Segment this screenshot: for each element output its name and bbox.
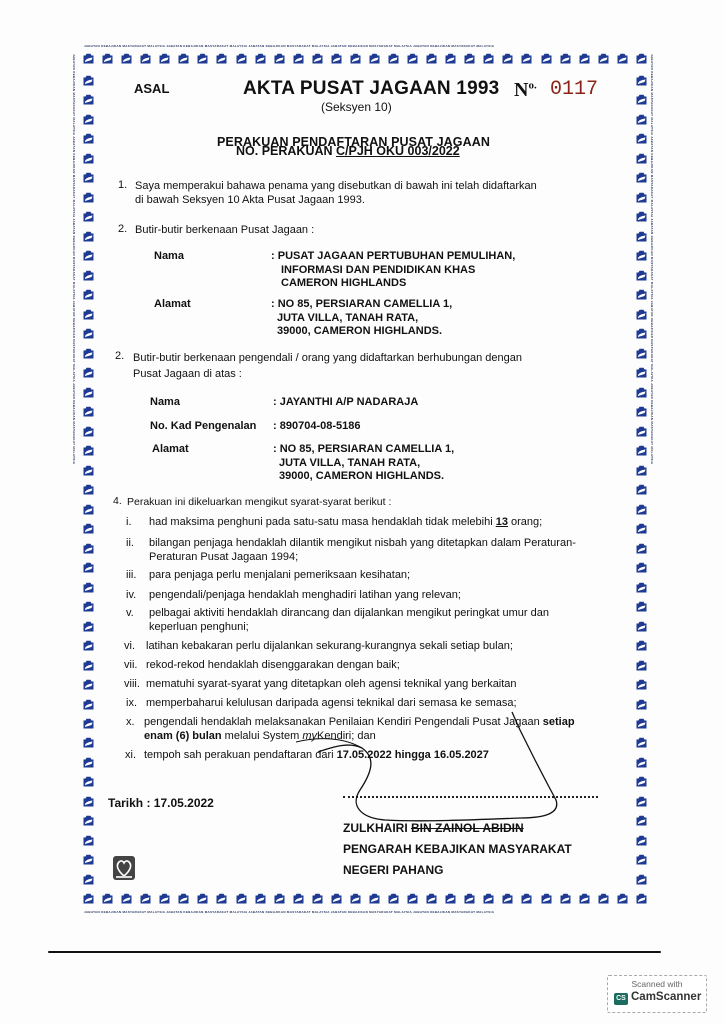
jkm-emblem-icon (444, 52, 457, 65)
condition-item: pengendali hendaklah melaksanakan Penila… (144, 716, 575, 743)
jkm-emblem-icon (635, 249, 648, 262)
act-title: AKTA PUSAT JAGAAN 1993 (243, 78, 499, 100)
jkm-emblem-icon (635, 659, 648, 672)
jkm-emblem-icon (82, 191, 95, 204)
jkm-emblem-icon (635, 814, 648, 827)
section-1-text: Saya memperakui bahawa penama yang diseb… (135, 179, 537, 207)
condition-number: vii. (124, 659, 137, 671)
centre-address-label: Alamat (154, 298, 191, 310)
jkm-emblem-icon (120, 892, 133, 905)
condition-item: pengendali/penjaga hendaklah menghadiri … (149, 589, 461, 603)
condition-number: viii. (124, 678, 140, 690)
section-3-heading-line: Pusat Jagaan di atas : (133, 366, 522, 382)
certificate-number-value: C/PJH OKU 003/2022 (336, 144, 460, 158)
jkm-emblem-icon (635, 464, 648, 477)
jkm-emblem-icon (82, 873, 95, 886)
watermark-caption: Scanned with (608, 979, 706, 989)
jkm-emblem-icon (406, 52, 419, 65)
jkm-emblem-icon (82, 132, 95, 145)
jkm-emblem-icon (82, 483, 95, 496)
jkm-emblem-icon (82, 659, 95, 672)
centre-address-line: NO 85, PERSIARAN CAMELLIA 1, (278, 298, 452, 310)
jkm-emblem-icon (635, 542, 648, 555)
jkm-emblem-icon (82, 814, 95, 827)
jkm-emblem-icon (235, 52, 248, 65)
centre-name-value: : PUSAT JAGAAN PERTUBUHAN PEMULIHAN, INF… (271, 250, 515, 291)
jkm-emblem-icon (635, 230, 648, 243)
jkm-emblem-icon (635, 405, 648, 418)
serial-prefix-sup: o. (528, 79, 536, 91)
jkm-emblem-icon (82, 795, 95, 808)
jkm-emblem-icon (82, 210, 95, 223)
jkm-emblem-icon (635, 132, 648, 145)
jkm-emblem-icon (520, 892, 533, 905)
jkm-emblem-icon (635, 191, 648, 204)
jkm-emblem-icon (635, 52, 648, 65)
jkm-emblem-icon (82, 853, 95, 866)
condition-number: i. (126, 516, 132, 528)
section-3-number: 2. (115, 350, 124, 362)
camscanner-logo-icon: CS (614, 993, 628, 1005)
jkm-emblem-icon (406, 892, 419, 905)
jkm-emblem-icon (540, 892, 553, 905)
jkm-emblem-icon (635, 503, 648, 516)
jkm-emblem-icon (635, 698, 648, 711)
section-2-heading: Butir-butir berkenaan Pusat Jagaan : (135, 223, 314, 237)
serial-number: 0117 (550, 78, 598, 101)
jkm-emblem-icon (635, 386, 648, 399)
serial-prefix-letter: N (514, 79, 528, 101)
jkm-emblem-icon (463, 892, 476, 905)
jkm-emblem-icon (82, 620, 95, 633)
condition-text-bold: setiap (543, 716, 575, 728)
jkm-emblem-icon (82, 93, 95, 106)
operator-name-value: : JAYANTHI A/P NADARAJA (273, 396, 418, 410)
jkm-emblem-icon (501, 892, 514, 905)
jkm-emblem-icon (82, 230, 95, 243)
certificate-number: NO. PERAKUAN C/PJH OKU 003/2022 (236, 144, 460, 158)
jkm-emblem-icon (82, 698, 95, 711)
section-3-heading: Butir-butir berkenaan pengendali / orang… (133, 350, 522, 382)
condition-item: had maksima penghuni pada satu-satu masa… (149, 516, 542, 530)
jkm-emblem-icon (82, 542, 95, 555)
jkm-emblem-icon (139, 52, 152, 65)
condition-number: iv. (126, 589, 136, 601)
copy-label: ASAL (134, 81, 169, 96)
section-1-number: 1. (118, 179, 127, 191)
section-4-heading: Perakuan ini dikeluarkan mengikut syarat… (127, 495, 391, 509)
signer-name-part: ZULKHAIRI (343, 821, 411, 835)
centre-address-line: JUTA VILLA, TANAH RATA, (271, 312, 452, 326)
jkm-emblem-icon (139, 892, 152, 905)
operator-address-line: 39000, CAMERON HIGHLANDS. (273, 470, 454, 484)
jkm-emblem-icon (120, 52, 133, 65)
jkm-emblem-icon (82, 444, 95, 457)
operator-address-label: Alamat (152, 443, 189, 455)
jkm-emblem-icon (349, 52, 362, 65)
jkm-emblem-icon (82, 561, 95, 574)
section-2-number: 2. (118, 223, 127, 235)
border-icons-top (82, 52, 648, 65)
jkm-emblem-icon (235, 892, 248, 905)
jkm-emblem-icon (349, 892, 362, 905)
jkm-emblem-icon (82, 425, 95, 438)
border-microtext-bottom: JABATAN KEBAJIKAN MASYARAKAT MALAYSIA JA… (84, 910, 654, 914)
jkm-emblem-icon (635, 892, 648, 905)
jkm-emblem-icon (635, 113, 648, 126)
signer-name-part: BIN ZAINOL ABIDIN (411, 821, 524, 835)
jkm-emblem-icon (635, 483, 648, 496)
jkm-emblem-icon (82, 639, 95, 652)
section-1-line-2: di bawah Seksyen 10 Akta Pusat Jagaan 19… (135, 193, 537, 207)
condition-item: para penjaga perlu menjalani pemeriksaan… (149, 569, 410, 583)
jkm-emblem-icon (482, 892, 495, 905)
max-occupants: 13 (496, 516, 508, 528)
jkm-emblem-icon (635, 756, 648, 769)
section-4-number: 4. (113, 495, 122, 507)
jkm-emblem-icon (82, 464, 95, 477)
jkm-emblem-icon (635, 210, 648, 223)
jkm-emblem-icon (82, 74, 95, 87)
jkm-emblem-icon (501, 52, 514, 65)
condition-text: melalui System (222, 730, 303, 742)
jkm-emblem-icon (273, 52, 286, 65)
jkm-emblem-icon (101, 892, 114, 905)
operator-name-label: Nama (150, 396, 180, 408)
condition-number: ix. (126, 697, 137, 709)
jkm-emblem-icon (215, 52, 228, 65)
condition-number: ii. (126, 537, 134, 549)
jkm-emblem-icon (82, 503, 95, 516)
section-reference: (Seksyen 10) (321, 100, 392, 114)
jkm-emblem-icon (635, 717, 648, 730)
jkm-logo-icon (113, 856, 135, 880)
jkm-emblem-icon (540, 52, 553, 65)
serial-prefix: No. (514, 79, 537, 102)
jkm-emblem-icon (82, 113, 95, 126)
condition-number: x. (126, 716, 135, 728)
centre-address-line: 39000, CAMERON HIGHLANDS. (271, 325, 452, 339)
validity-period: 17.05.2022 hingga 16.05.2027 (337, 749, 489, 761)
condition-line: Peraturan Pusat Jagaan 1994; (149, 551, 576, 565)
signer-state: NEGERI PAHANG (343, 860, 572, 881)
ic-number-label: No. Kad Pengenalan (150, 420, 256, 432)
jkm-emblem-icon (635, 775, 648, 788)
jkm-emblem-icon (292, 892, 305, 905)
jkm-emblem-icon (330, 892, 343, 905)
border-icons-left (82, 74, 95, 886)
jkm-emblem-icon (273, 892, 286, 905)
centre-name-line: INFORMASI DAN PENDIDIKAN KHAS (271, 264, 515, 278)
signer-name: ZULKHAIRI BIN ZAINOL ABIDIN (343, 818, 572, 839)
centre-address-value: : NO 85, PERSIARAN CAMELLIA 1, JUTA VILL… (271, 298, 452, 339)
jkm-emblem-icon (616, 892, 629, 905)
condition-number: vi. (124, 640, 135, 652)
condition-line: pelbagai aktiviti hendaklah dirancang da… (149, 607, 549, 621)
condition-text: Kendiri; dan (317, 730, 376, 742)
jkm-emblem-icon (635, 639, 648, 652)
condition-item: pelbagai aktiviti hendaklah dirancang da… (149, 607, 549, 634)
jkm-emblem-icon (520, 52, 533, 65)
condition-item: mematuhi syarat-syarat yang ditetapkan o… (146, 678, 517, 692)
jkm-emblem-icon (635, 74, 648, 87)
jkm-emblem-icon (597, 52, 610, 65)
border-microtext-left: JABATAN KEBAJIKAN MASYARAKAT MALAYSIA JA… (72, 54, 76, 904)
jkm-emblem-icon (215, 892, 228, 905)
jkm-emblem-icon (254, 892, 267, 905)
centre-name-line: CAMERON HIGHLANDS (271, 277, 515, 291)
jkm-emblem-icon (635, 581, 648, 594)
condition-line: bilangan penjaga hendaklah dilantik meng… (149, 537, 576, 551)
condition-item: latihan kebakaran perlu dijalankan sekur… (146, 640, 513, 654)
jkm-emblem-icon (158, 892, 171, 905)
jkm-emblem-icon (635, 873, 648, 886)
ic-number: 890704-08-5186 (280, 420, 361, 432)
jkm-emblem-icon (578, 892, 591, 905)
condition-item: tempoh sah perakuan pendaftaran dari 17.… (144, 749, 489, 763)
jkm-emblem-icon (196, 52, 209, 65)
jkm-emblem-icon (635, 561, 648, 574)
jkm-emblem-icon (82, 736, 95, 749)
border-icons-right (635, 74, 648, 886)
jkm-emblem-icon (82, 308, 95, 321)
border-icons-bottom (82, 892, 648, 905)
jkm-emblem-icon (635, 678, 648, 691)
jkm-emblem-icon (311, 52, 324, 65)
jkm-emblem-icon (82, 834, 95, 847)
jkm-emblem-icon (101, 52, 114, 65)
jkm-emblem-icon (635, 288, 648, 301)
jkm-emblem-icon (82, 366, 95, 379)
condition-item: bilangan penjaga hendaklah dilantik meng… (149, 537, 576, 564)
condition-text: tempoh sah perakuan pendaftaran dari (144, 749, 337, 761)
jkm-emblem-icon (425, 52, 438, 65)
jkm-emblem-icon (368, 52, 381, 65)
jkm-emblem-icon (635, 620, 648, 633)
jkm-emblem-icon (597, 892, 610, 905)
jkm-emblem-icon (82, 171, 95, 184)
jkm-emblem-icon (82, 892, 95, 905)
ic-number-value: : 890704-08-5186 (273, 420, 360, 434)
operator-address-line: NO 85, PERSIARAN CAMELLIA 1, (280, 443, 454, 455)
jkm-emblem-icon (635, 795, 648, 808)
jkm-emblem-icon (158, 52, 171, 65)
jkm-emblem-icon (82, 600, 95, 613)
jkm-emblem-icon (330, 52, 343, 65)
jkm-emblem-icon (635, 834, 648, 847)
signature-line (343, 796, 598, 798)
jkm-emblem-icon (82, 405, 95, 418)
jkm-emblem-icon (82, 756, 95, 769)
jkm-emblem-icon (635, 308, 648, 321)
condition-line: keperluan penghuni; (149, 621, 549, 635)
jkm-emblem-icon (635, 425, 648, 438)
condition-number: xi. (125, 749, 136, 761)
jkm-emblem-icon (82, 522, 95, 535)
signer-block: ZULKHAIRI BIN ZAINOL ABIDIN PENGARAH KEB… (343, 818, 572, 881)
operator-name: JAYANTHI A/P NADARAJA (280, 396, 419, 408)
jkm-emblem-icon (559, 52, 572, 65)
jkm-emblem-icon (82, 347, 95, 360)
jkm-emblem-icon (196, 892, 209, 905)
jkm-emblem-icon (82, 581, 95, 594)
jkm-emblem-icon (368, 892, 381, 905)
jkm-emblem-icon (482, 52, 495, 65)
jkm-emblem-icon (635, 93, 648, 106)
jkm-emblem-icon (616, 52, 629, 65)
section-3-heading-line: Butir-butir berkenaan pengendali / orang… (133, 350, 522, 366)
jkm-emblem-icon (635, 600, 648, 613)
jkm-emblem-icon (635, 736, 648, 749)
jkm-emblem-icon (635, 152, 648, 165)
jkm-emblem-icon (635, 853, 648, 866)
jkm-emblem-icon (82, 386, 95, 399)
jkm-emblem-icon (82, 152, 95, 165)
condition-text: pengendali hendaklah melaksanakan Penila… (144, 716, 543, 728)
jkm-emblem-icon (387, 892, 400, 905)
jkm-emblem-icon (82, 288, 95, 301)
jkm-emblem-icon (177, 52, 190, 65)
operator-address-value: : NO 85, PERSIARAN CAMELLIA 1, JUTA VILL… (273, 443, 454, 484)
jkm-emblem-icon (635, 327, 648, 340)
jkm-emblem-icon (82, 52, 95, 65)
condition-number: v. (126, 607, 134, 619)
jkm-emblem-icon (635, 171, 648, 184)
condition-item: memperbaharui kelulusan daripada agensi … (146, 697, 517, 711)
camscanner-watermark: Scanned with CS CamScanner (607, 975, 707, 1013)
condition-item: rekod-rekod hendaklah disenggarakan deng… (146, 659, 400, 673)
jkm-emblem-icon (292, 52, 305, 65)
jkm-emblem-icon (177, 892, 190, 905)
jkm-emblem-icon (444, 892, 457, 905)
jkm-emblem-icon (311, 892, 324, 905)
jkm-emblem-icon (82, 269, 95, 282)
condition-number: iii. (126, 569, 136, 581)
jkm-emblem-icon (635, 366, 648, 379)
jkm-emblem-icon (635, 444, 648, 457)
centre-name-line: PUSAT JAGAAN PERTUBUHAN PEMULIHAN, (278, 250, 516, 262)
condition-text-italic: my (302, 730, 317, 742)
page-edge-shadow (48, 951, 661, 953)
jkm-emblem-icon (463, 52, 476, 65)
jkm-emblem-icon (578, 52, 591, 65)
condition-text-bold: enam (6) bulan (144, 730, 222, 742)
condition-text: had maksima penghuni pada satu-satu masa… (149, 516, 496, 528)
signer-title: PENGARAH KEBAJIKAN MASYARAKAT (343, 839, 572, 860)
operator-address-line: JUTA VILLA, TANAH RATA, (273, 457, 454, 471)
jkm-emblem-icon (425, 892, 438, 905)
section-1-line-1: Saya memperakui bahawa penama yang diseb… (135, 179, 537, 193)
certificate-page: JABATAN KEBAJIKAN MASYARAKAT MALAYSIA JA… (0, 0, 724, 1024)
jkm-emblem-icon (387, 52, 400, 65)
jkm-emblem-icon (635, 522, 648, 535)
centre-name-label: Nama (154, 250, 184, 262)
jkm-emblem-icon (635, 269, 648, 282)
border-microtext-right: JABATAN KEBAJIKAN MASYARAKAT MALAYSIA JA… (650, 54, 654, 904)
jkm-emblem-icon (82, 717, 95, 730)
jkm-emblem-icon (82, 678, 95, 691)
condition-text: orang; (508, 516, 542, 528)
jkm-emblem-icon (254, 52, 267, 65)
jkm-emblem-icon (559, 892, 572, 905)
jkm-emblem-icon (82, 775, 95, 788)
certificate-number-label: NO. PERAKUAN (236, 144, 336, 158)
jkm-emblem-icon (82, 249, 95, 262)
watermark-brand: CamScanner (631, 991, 701, 1003)
jkm-emblem-icon (635, 347, 648, 360)
border-microtext-top: JABATAN KEBAJIKAN MASYARAKAT MALAYSIA JA… (84, 44, 654, 48)
jkm-emblem-icon (82, 327, 95, 340)
issue-date: Tarikh : 17.05.2022 (108, 796, 214, 810)
